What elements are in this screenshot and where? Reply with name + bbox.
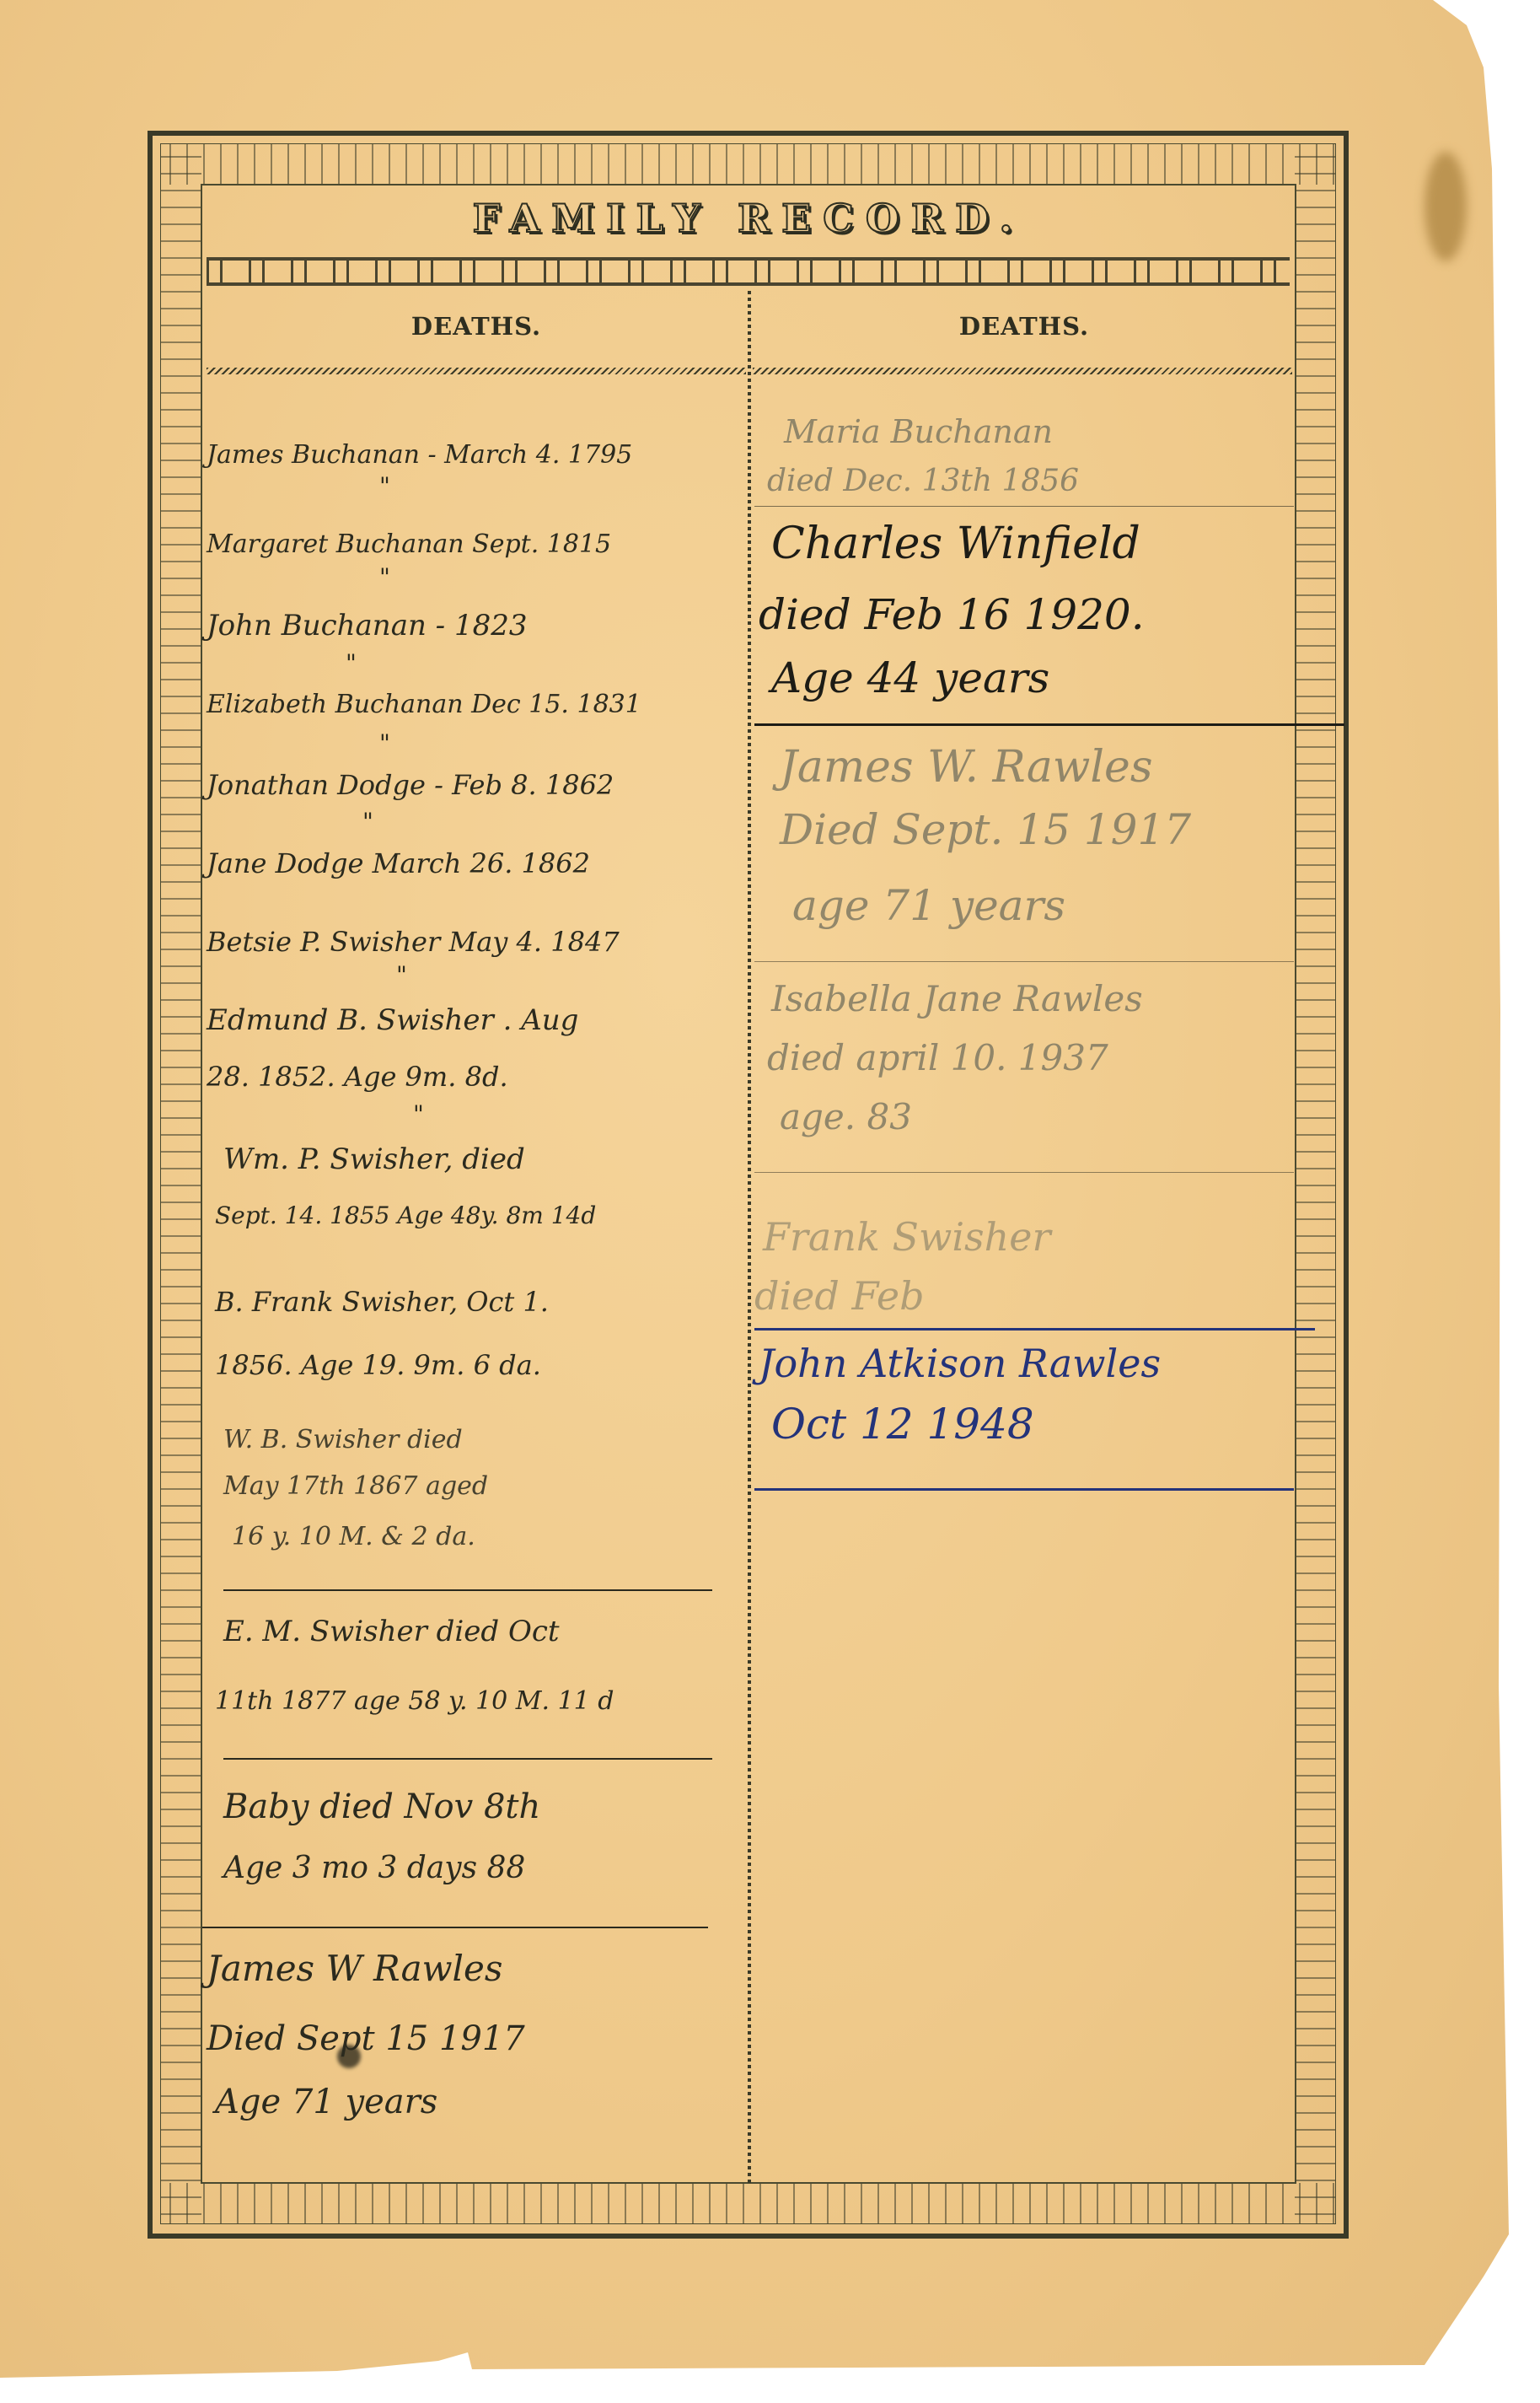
entry-rule [754,1328,1315,1331]
death-entry: 11th 1877 age 58 y. 10 M. 11 d [215,1686,614,1716]
death-entry: James W Rawles [207,1948,502,1989]
death-entry: May 17th 1867 aged [223,1471,488,1501]
death-entry: Age 71 years [215,2083,437,2121]
death-entry: John Buchanan - 1823 [207,609,528,642]
death-entry: Age 3 mo 3 days 88 [223,1851,525,1885]
death-entry: John Atkison Rawles [759,1341,1161,1386]
death-entry: Sept. 14. 1855 Age 48y. 8m 14d [215,1201,596,1229]
column-header-left: DEATHS. [207,312,746,341]
entry-rule [223,1758,712,1760]
death-entry: 16 y. 10 M. & 2 da. [232,1522,475,1551]
ditto-mark: " [379,563,390,591]
entry-rule [754,506,1294,507]
ditto-mark: " [362,808,373,836]
death-entry: Charles Winfield [771,519,1140,569]
death-entry: Betsie P. Swisher May 4. 1847 [207,926,620,958]
death-entry: Edmund B. Swisher . Aug [207,1003,578,1037]
entry-rule [754,723,1344,726]
death-entry: 1856. Age 19. 9m. 6 da. [215,1349,541,1381]
death-entry: W. B. Swisher died [223,1425,463,1454]
death-entry: Frank Swisher [763,1214,1051,1260]
greek-key-divider [207,257,1290,286]
death-entry: Age 44 years [771,653,1049,702]
death-entry: Baby died Nov 8th [223,1787,540,1826]
death-entry: age 71 years [792,881,1065,930]
death-entry: died Dec. 13th 1856 [767,464,1079,498]
death-entry: Died Sept 15 1917 [207,2019,525,2058]
entry-rule [202,1927,708,1928]
death-entry: Oct 12 1948 [771,1400,1034,1449]
death-entry: died Feb [754,1273,925,1319]
death-entry: Died Sept. 15 1917 [780,805,1191,854]
death-entry: Margaret Buchanan Sept. 1815 [207,530,611,559]
death-entry: James Buchanan - March 4. 1795 [207,440,632,470]
entry-rule [754,1172,1294,1173]
death-entry: James W. Rawles [780,742,1153,793]
death-entry: 28. 1852. Age 9m. 8d. [207,1061,508,1093]
death-entry: Jonathan Dodge - Feb 8. 1862 [207,769,614,801]
death-entry: E. M. Swisher died Oct [223,1615,560,1648]
death-entry: Elizabeth Buchanan Dec 15. 1831 [207,690,641,719]
death-entry: Maria Buchanan [784,413,1053,450]
header-zigzag-right [753,368,1292,374]
ditto-mark: " [379,472,390,500]
ditto-mark: " [379,729,390,757]
death-entry: Wm. P. Swisher, died [223,1142,525,1176]
water-stain [1425,152,1467,261]
entry-rule [223,1589,712,1591]
ditto-mark: " [413,1100,424,1128]
death-entry: died Feb 16 1920. [759,590,1145,639]
ditto-mark: " [346,649,357,677]
death-entry: Jane Dodge March 26. 1862 [207,847,590,879]
header-zigzag-left [207,368,746,374]
column-divider [748,291,751,2184]
page-title: FAMILY RECORD. [201,196,1296,241]
death-entry: Isabella Jane Rawles [771,978,1143,1019]
ditto-mark: " [396,961,407,989]
death-entry: B. Frank Swisher, Oct 1. [215,1286,549,1318]
entry-rule [754,961,1294,962]
entry-rule [754,1488,1294,1491]
column-header-right: DEATHS. [754,312,1294,341]
death-entry: died april 10. 1937 [767,1037,1108,1078]
death-entry: age. 83 [780,1096,912,1137]
